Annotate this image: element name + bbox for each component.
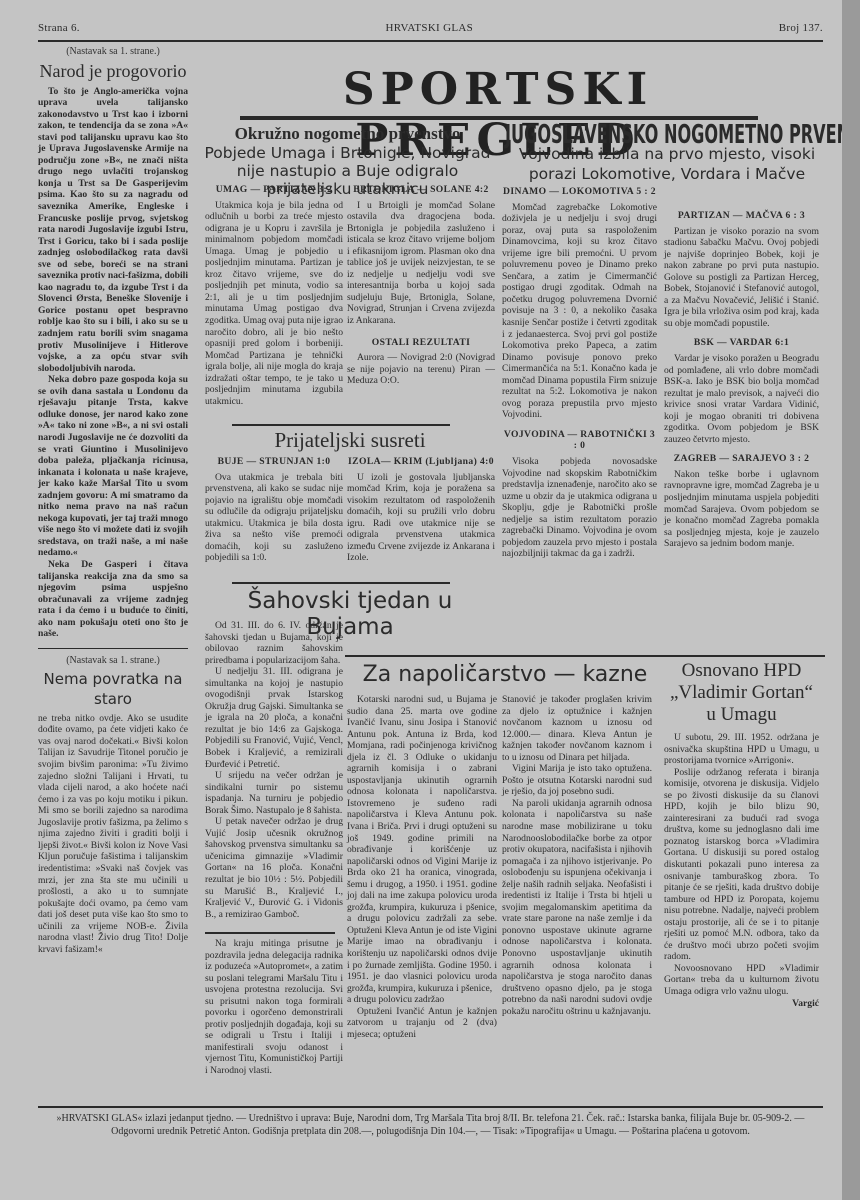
paragraph: a drugu polovicu zadržao <box>347 994 497 1006</box>
match-score: IZOLA— KRIM (Ljubljana) 4:0 <box>347 456 495 468</box>
article-title: Nema povratka na staro <box>38 669 188 709</box>
divider <box>345 655 825 657</box>
paragraph: U subotu, 29. III. 1952. održana je osni… <box>664 732 819 767</box>
paper-name: HRVATSKI GLAS <box>386 22 473 34</box>
match-score: UMAG — PARTIZAN 3:2 <box>205 184 343 196</box>
article-title: Narod je progovorio <box>38 60 188 82</box>
paragraph: Na paroli ukidanja agrarnih odnosa kolon… <box>502 798 652 1017</box>
match-score: VOJVODINA — RABOTNIČKI 3 : 0 <box>502 429 657 452</box>
paragraph: Visoka pobjeda novosadske Vojvodine nad … <box>502 456 657 560</box>
jugoslavensko-col1: DINAMO — LOKOMOTIVA 5 : 2 Momčad zagreba… <box>502 186 657 560</box>
paragraph: Kotarski narodni sud, u Bujama je sudio … <box>347 694 497 994</box>
paragraph: Utakmica koja je bila jedna od odlučnih … <box>205 200 343 408</box>
okruzno-col2: BRTONIGLA — SOLANE 4:2 I u Brtoigli je m… <box>347 184 495 387</box>
match-score: PARTIZAN — MAČVA 6 : 3 <box>664 210 819 222</box>
paragraph: Na kraju mitinga prisutne je pozdravila … <box>205 938 343 1077</box>
paragraph: Od 31. III. do 6. IV. održan je šahovski… <box>205 620 343 666</box>
paragraph: Neka De Gasperi i čitava talijanska reak… <box>38 559 188 640</box>
okruzno-col1: UMAG — PARTIZAN 3:2 Utakmica koja je bil… <box>205 184 343 407</box>
paragraph: Momčad zagrebačke Lokomotive doživjela j… <box>502 202 657 421</box>
match-score: ZAGREB — SARAJEVO 3 : 2 <box>664 453 819 465</box>
paragraph: Poslije održanog referata i biranja komi… <box>664 767 819 963</box>
jugoslavensko-headline: Vojvodina izbila na prvo mjesto, visoki … <box>502 144 832 184</box>
divider <box>205 932 335 934</box>
divider <box>232 582 450 584</box>
masthead-rule <box>38 40 823 42</box>
hpd-title: Osnovano HPD „Vladimir Gortan“ u Umagu <box>664 660 819 726</box>
paragraph: Ova utakmica je trebala biti prvenstvena… <box>205 472 343 564</box>
match-score: BRTONIGLA — SOLANE 4:2 <box>347 184 495 196</box>
match-score: BSK — VARDAR 6:1 <box>664 337 819 349</box>
paragraph: U petak navečer održao je drug Vujić Jos… <box>205 816 343 920</box>
paragraph: U nedjelju 31. III. odigrana je simultan… <box>205 666 343 770</box>
jugoslavensko-col2: PARTIZAN — MAČVA 6 : 3 Partizan je visok… <box>664 186 819 550</box>
paragraph: I u Brtoigli je momčad Solane ostavila d… <box>347 200 495 327</box>
paragraph: Vardar je visoko poražen u Beogradu od p… <box>664 353 819 445</box>
prijateljski-col2: IZOLA— KRIM (Ljubljana) 4:0 U izoli je g… <box>347 456 495 564</box>
match-score: BUJE — STRUNJAN 1:0 <box>205 456 343 468</box>
masthead: Strana 6. HRVATSKI GLAS Broj 137. <box>38 22 823 34</box>
paragraph: Nakon teške borbe i uglavnom ravnopravne… <box>664 469 819 550</box>
paragraph: ne treba nitko ovdje. Ako se usudite dođ… <box>38 713 188 955</box>
author-signature: Vargić <box>664 998 819 1010</box>
paragraph: Novoosnovano HPD »Vladimir Gortan« treba… <box>664 963 819 998</box>
prijateljski-col1: BUJE — STRUNJAN 1:0 Ova utakmica je treb… <box>205 456 343 564</box>
paragraph: U izoli je gostovala ljubljanska momčad … <box>347 472 495 564</box>
paragraph: U srijedu na večer održan je sindikalni … <box>205 770 343 816</box>
napolicarstvo-title: Za napoličarstvo — kazne <box>345 662 665 687</box>
paragraph: Optuženi Ivančić Antun je kažnjen zatvor… <box>347 1006 497 1041</box>
left-column: (Nastavak sa 1. strane.) Narod je progov… <box>38 46 188 955</box>
continued-note: (Nastavak sa 1. strane.) <box>38 655 188 667</box>
divider <box>38 648 188 650</box>
footer-imprint: »HRVATSKI GLAS« izlazi jedanput tjedno. … <box>38 1112 823 1138</box>
paragraph: To što je Anglo-američka vojna uprava uv… <box>38 86 188 375</box>
napolicarstvo-col2: Stanović je također proglašen krivim za … <box>502 694 652 1017</box>
prijateljski-title: Prijateljski susreti <box>205 428 495 453</box>
paragraph: Aurora — Novigrad 2:0 (Novigrad se nije … <box>347 352 495 387</box>
paragraph: Stanović je također proglašen krivim za … <box>502 694 652 763</box>
paragraph: Partizan je visoko porazio na svom stadi… <box>664 226 819 330</box>
newspaper-page: Strana 6. HRVATSKI GLAS Broj 137. (Nasta… <box>0 0 842 1200</box>
divider <box>232 424 450 426</box>
okruzno-kicker: Okružno nogometno prvenstvo <box>205 124 490 144</box>
results-title: OSTALI REZULTATI <box>347 337 495 349</box>
page-edge <box>842 0 860 1200</box>
page-number: Strana 6. <box>38 22 80 34</box>
sah-col1: Od 31. III. do 6. IV. održan je šahovski… <box>205 620 343 920</box>
miting-article: Na kraju mitinga prisutne je pozdravila … <box>205 938 343 1077</box>
napolicarstvo-col1: Kotarski narodni sud, u Bujama je sudio … <box>347 694 497 1040</box>
issue-number: Broj 137. <box>779 22 823 34</box>
paragraph: Neka dobro paze gospoda koja su se ovih … <box>38 374 188 559</box>
continued-note: (Nastavak sa 1. strane.) <box>38 46 188 58</box>
paragraph: Vigini Marija je isto tako optužena. Poš… <box>502 763 652 798</box>
hpd-article: U subotu, 29. III. 1952. održana je osni… <box>664 732 819 1009</box>
match-score: DINAMO — LOKOMOTIVA 5 : 2 <box>502 186 657 198</box>
footer-rule <box>38 1106 823 1108</box>
